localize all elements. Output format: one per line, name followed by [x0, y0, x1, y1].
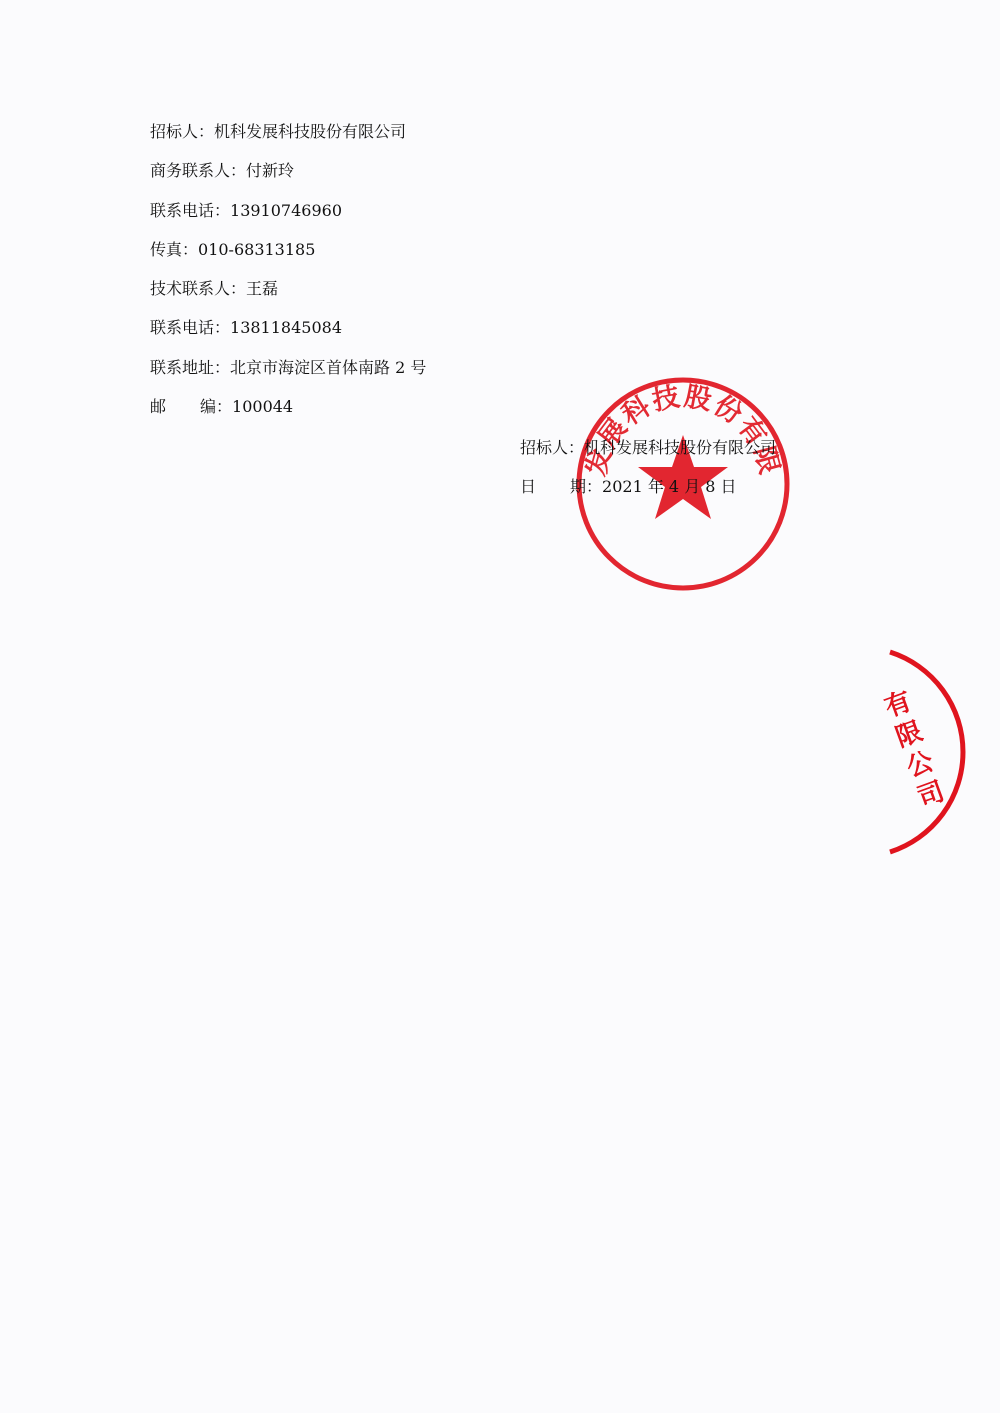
- technical-phone-value: 13811845084: [230, 318, 342, 337]
- address-label: 联系地址：: [150, 358, 230, 377]
- partial-seal-text: 有限公司: [877, 686, 949, 817]
- fax-label: 传真：: [150, 240, 198, 259]
- technical-contact-value: 王磊: [246, 279, 278, 298]
- business-contact-line: 商务联系人：付新玲: [150, 161, 294, 181]
- tenderer-value: 机科发展科技股份有限公司: [214, 122, 406, 141]
- signature-tenderer-line: 招标人：机科发展科技股份有限公司: [520, 438, 776, 458]
- postal-code-value: 100044: [232, 397, 293, 416]
- signature-tenderer-value: 机科发展科技股份有限公司: [584, 438, 776, 457]
- signature-date-line: 日期：2021 年 4 月 8 日: [520, 477, 737, 497]
- business-phone-label: 联系电话：: [150, 201, 230, 220]
- technical-contact-label: 技术联系人：: [150, 279, 246, 298]
- technical-phone-label: 联系电话：: [150, 318, 230, 337]
- postal-code-label-first: 邮: [150, 397, 166, 416]
- partial-edge-seal: 有限公司: [850, 640, 1000, 870]
- signature-date-label-last: 期：: [570, 477, 602, 496]
- signature-date-value: 2021 年 4 月 8 日: [602, 477, 737, 496]
- signature-tenderer-label: 招标人：: [520, 438, 584, 457]
- technical-phone-line: 联系电话：13811845084: [150, 318, 342, 338]
- postal-code-label-last: 编：: [200, 397, 232, 416]
- tenderer-line: 招标人：机科发展科技股份有限公司: [150, 122, 406, 142]
- technical-contact-line: 技术联系人：王磊: [150, 279, 278, 299]
- fax-value: 010-68313185: [198, 240, 315, 259]
- address-value: 北京市海淀区首体南路 2 号: [230, 358, 426, 377]
- fax-line: 传真：010-68313185: [150, 240, 315, 260]
- address-line: 联系地址：北京市海淀区首体南路 2 号: [150, 358, 426, 378]
- business-phone-value: 13910746960: [230, 201, 342, 220]
- signature-date-label-first: 日: [520, 477, 536, 496]
- tenderer-label: 招标人：: [150, 122, 214, 141]
- business-contact-label: 商务联系人：: [150, 161, 246, 180]
- business-contact-value: 付新玲: [246, 161, 294, 180]
- business-phone-line: 联系电话：13910746960: [150, 201, 342, 221]
- postal-code-line: 邮编：100044: [150, 397, 293, 417]
